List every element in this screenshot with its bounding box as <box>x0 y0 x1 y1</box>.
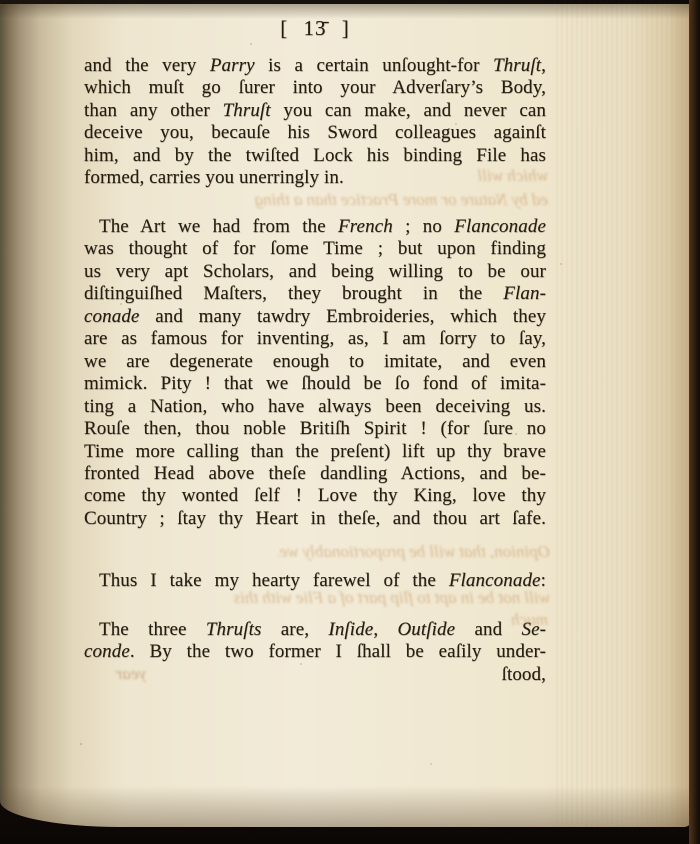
text-line: Time more calling than the preſent) lift… <box>84 441 546 463</box>
text-line: are as famous for inventing, as, I am ſo… <box>84 328 546 350</box>
roman-text: him, and by the twiſted Lock his binding… <box>84 145 546 166</box>
roman-text: we are degenerate enough to imitate, and… <box>84 351 546 372</box>
roman-text: ; no <box>393 216 454 237</box>
roman-text: , <box>541 55 546 76</box>
roman-text: fronted Head above theſe dandling Action… <box>84 463 546 484</box>
roman-text: Country ; ſtay thy Heart in theſe, and t… <box>84 508 546 529</box>
text-line: Country ; ſtay thy Heart in theſe, and t… <box>84 508 546 530</box>
text-line: we are degenerate enough to imitate, and… <box>84 351 546 373</box>
italic-text: Inſide <box>328 619 373 640</box>
text-line: than any other Thruſt you can make, and … <box>84 100 546 122</box>
roman-text: Rouſe then, thou noble Britiſh Spirit ! … <box>84 418 546 439</box>
roman-text: ting a Nation, who have always been dece… <box>84 396 546 417</box>
text-line: diſtinguiſhed Maſters, they brought in t… <box>84 283 546 305</box>
paper-fibre-texture <box>556 3 686 827</box>
italic-text: Flanconade <box>454 216 546 237</box>
roman-text: The three <box>99 619 206 640</box>
text-line: conde. By the two former I ſhall be eaſi… <box>84 641 546 663</box>
text-line: us very apt Scholars, and being willing … <box>84 261 546 283</box>
text-line: which muſt go ſurer into your Adverſary’… <box>84 77 546 99</box>
roman-text: which muſt go ſurer into your Adverſary’… <box>84 77 546 98</box>
roman-text: us very apt Scholars, and being willing … <box>84 261 546 282</box>
text-line: and the very Parry is a certain unſought… <box>84 55 546 77</box>
text-line: deceive you, becauſe his Sword colleague… <box>84 122 546 144</box>
text-line: Rouſe then, thou noble Britiſh Spirit ! … <box>84 418 546 440</box>
roman-text: , <box>373 619 397 640</box>
roman-text: you can make, and never can <box>271 100 546 121</box>
roman-text: was thought of for ſome Time ; but upon … <box>84 238 546 259</box>
text-line: ting a Nation, who have always been dece… <box>84 396 546 418</box>
bleed-through-text: Opinion, that will be proportionably wel… <box>278 542 550 562</box>
text-line: come thy wonted ſelf ! Love thy King, lo… <box>84 485 546 507</box>
italic-text: Outſide <box>397 619 455 640</box>
roman-text: come thy wonted ſelf ! Love thy King, lo… <box>84 485 546 506</box>
italic-text: Thruſt <box>493 55 541 76</box>
roman-text: than any other <box>84 100 223 121</box>
roman-text: and many tawdry Embroideries, which they <box>139 306 546 327</box>
italic-text: Flan- <box>503 283 546 304</box>
bleed-through-text: ed by Nature or more Practice than a thi… <box>248 190 548 210</box>
book-fore-edge <box>689 0 700 844</box>
text-line: was thought of for ſome Time ; but upon … <box>84 238 546 260</box>
roman-text: The Art we had from the <box>99 216 338 237</box>
roman-text: formed, carries you unerringly in. <box>84 167 344 188</box>
italic-text: Thruſt <box>223 100 271 121</box>
page-number: [ 13̄ ] <box>84 16 546 41</box>
text-line: fronted Head above theſe dandling Action… <box>84 463 546 485</box>
book-page-photo: [ 13̄ ] and the very Parry is a certain … <box>0 0 700 844</box>
text-line: conade and many tawdry Embroideries, whi… <box>84 306 546 328</box>
roman-text: diſtinguiſhed Maſters, they brought in t… <box>84 283 503 304</box>
paragraph: The Art we had from the French ; no Flan… <box>84 216 546 530</box>
text-line: The Art we had from the French ; no Flan… <box>84 216 546 238</box>
bleed-through-text: which will <box>378 166 548 186</box>
roman-text: and the very <box>84 55 210 76</box>
roman-text: deceive you, becauſe his Sword colleague… <box>84 122 546 143</box>
roman-text: Time more calling than the preſent) lift… <box>84 441 546 462</box>
text-line: him, and by the twiſted Lock his binding… <box>84 145 546 167</box>
bleed-through-text: much <box>488 610 548 630</box>
italic-text: French <box>338 216 393 237</box>
text-line: The three Thruſts are, Inſide, Outſide a… <box>84 619 546 641</box>
paragraph: The three Thruſts are, Inſide, Outſide a… <box>84 619 546 686</box>
italic-text: Thruſts <box>206 619 262 640</box>
italic-text: conde <box>84 641 130 662</box>
roman-text: are as famous for inventing, as, I am ſo… <box>84 328 546 349</box>
bleed-through-text: year <box>88 664 146 684</box>
roman-text: is a certain unſought-for <box>255 55 493 76</box>
text-line: ſtood, <box>84 664 546 686</box>
roman-text: ſtood, <box>502 664 546 685</box>
paper: [ 13̄ ] and the very Parry is a certain … <box>0 3 692 827</box>
text-line: mimick. Pity ! that we ſhould be ſo fond… <box>84 373 546 395</box>
roman-text: . By the two former I ſhall be eaſily un… <box>130 641 546 662</box>
roman-text: are, <box>262 619 329 640</box>
italic-text: conade <box>84 306 139 327</box>
roman-text: mimick. Pity ! that we ſhould be ſo fond… <box>84 373 546 394</box>
italic-text: Parry <box>210 55 255 76</box>
photo-top-edge <box>0 0 700 4</box>
bleed-through-text: will not be in apt to flip part of a Fli… <box>228 588 550 608</box>
